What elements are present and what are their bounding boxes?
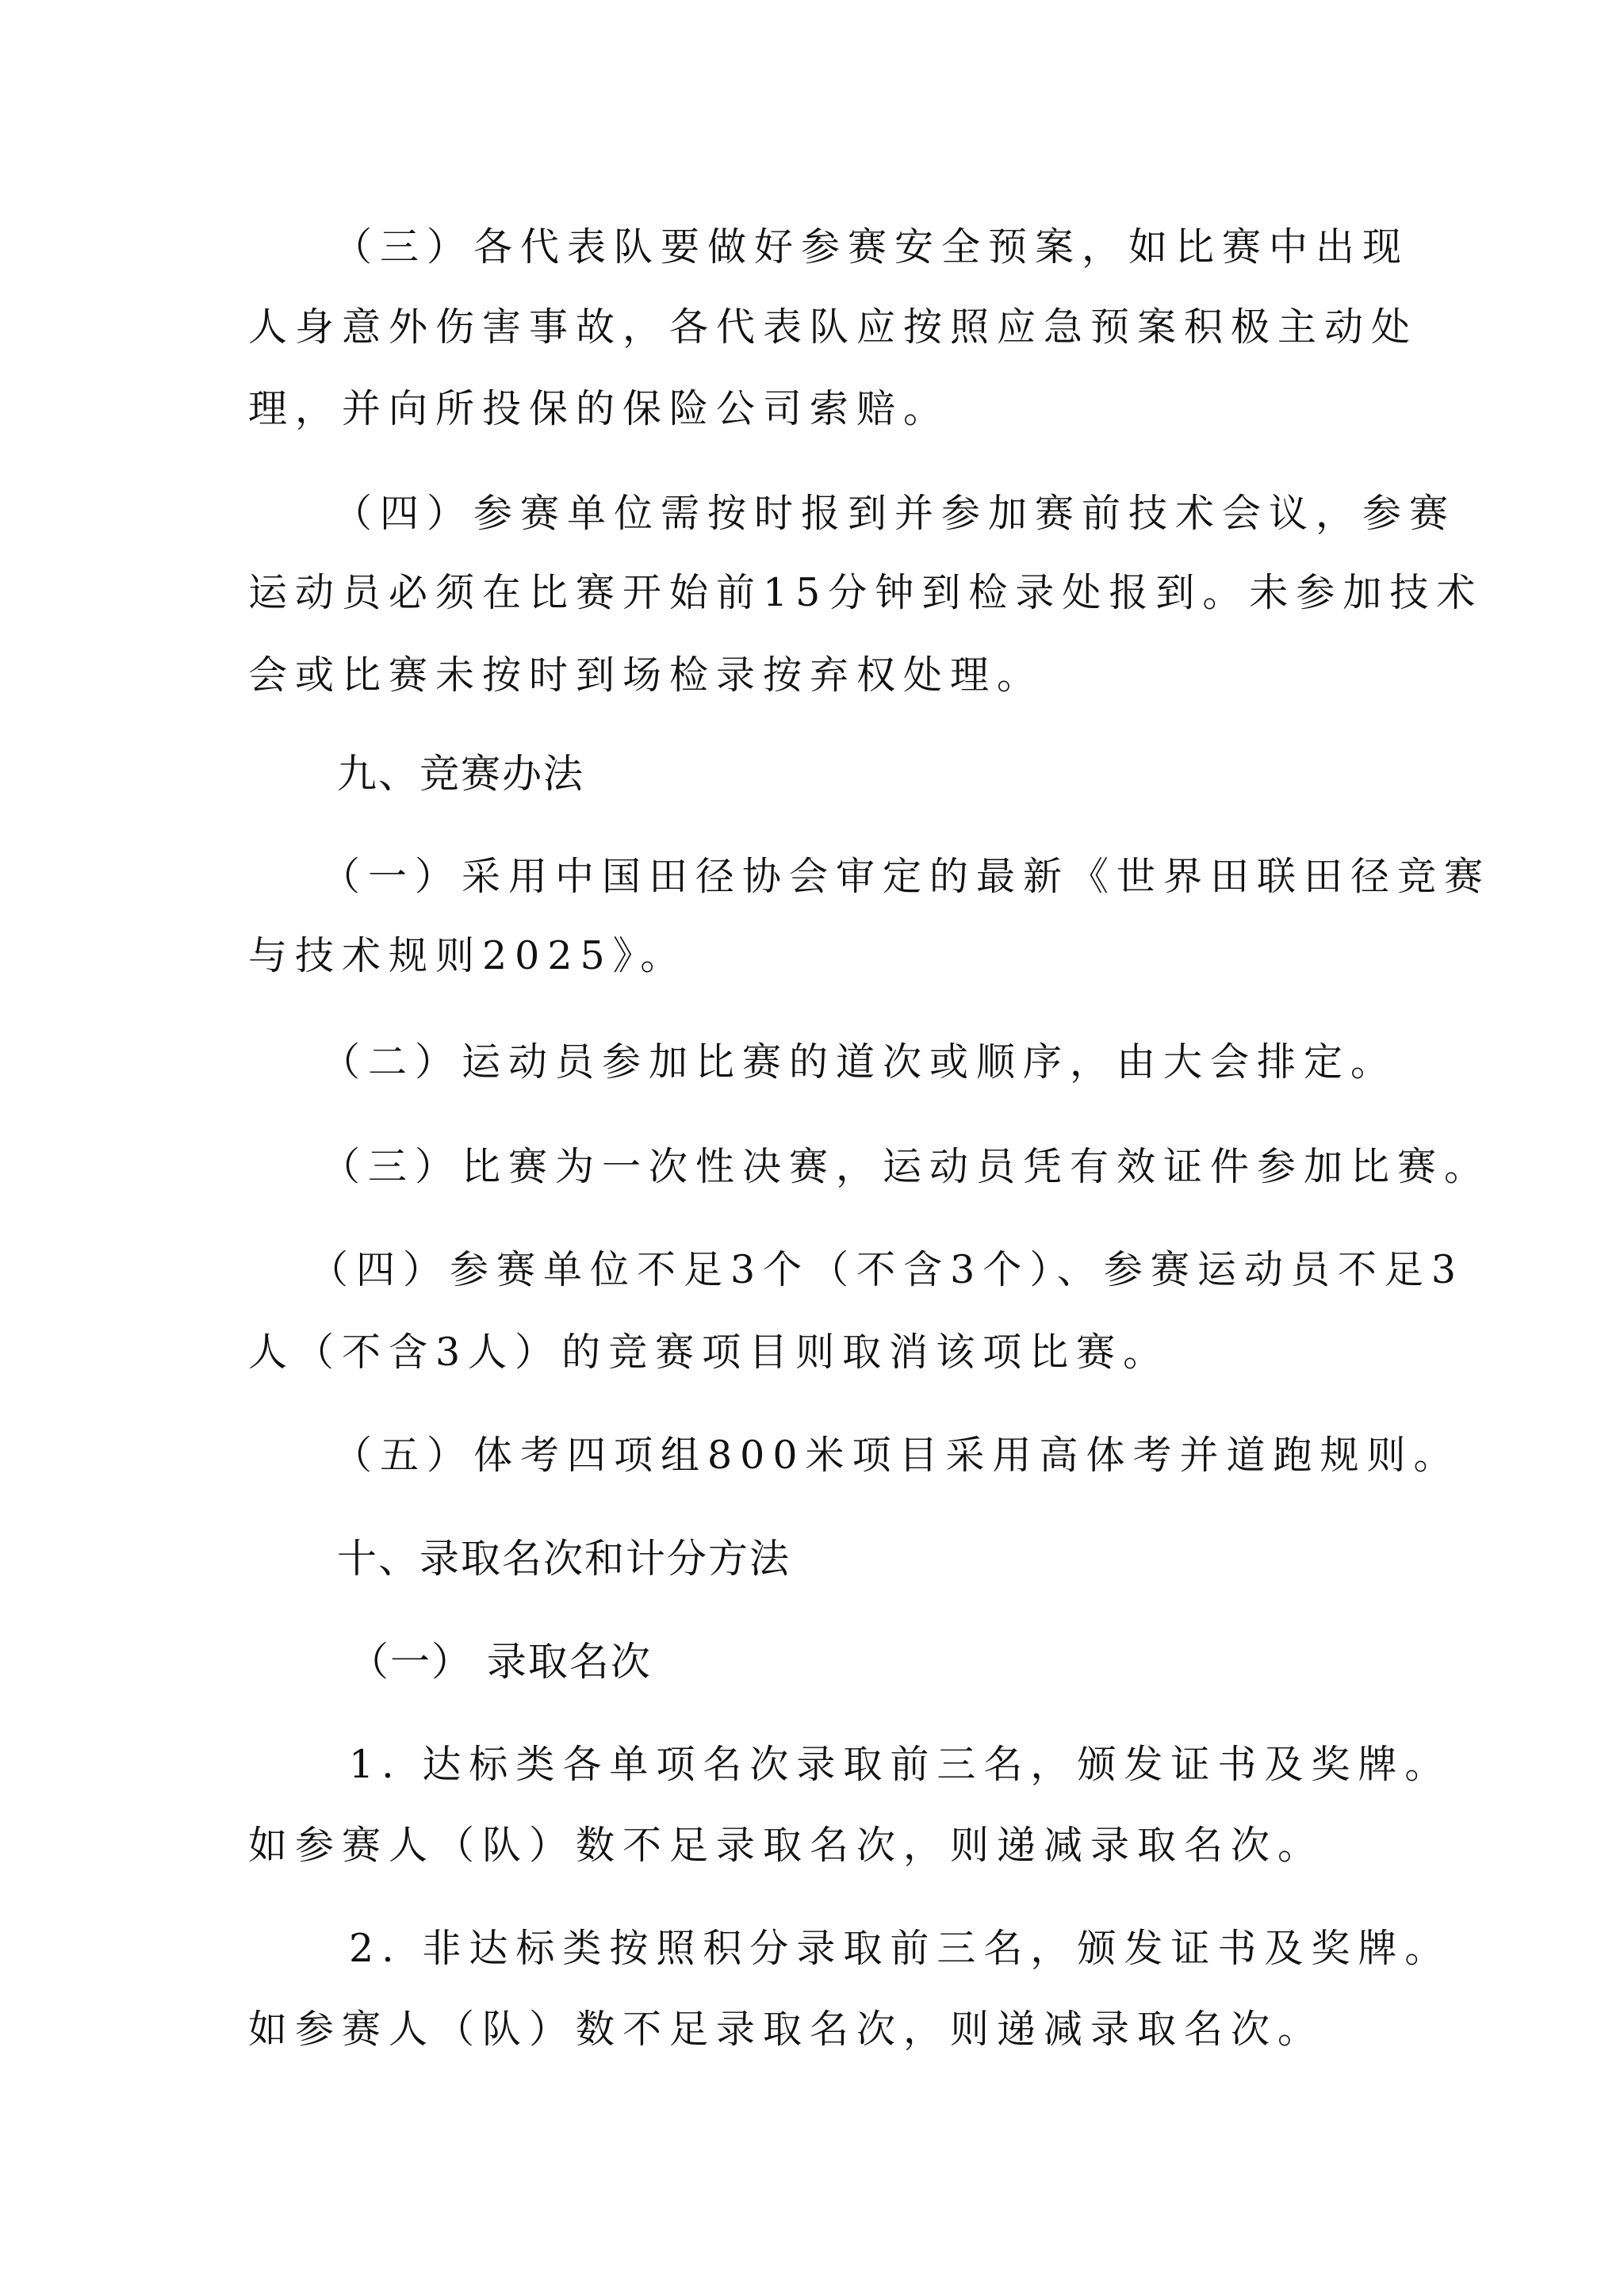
text-line: （三）各代表队要做好参赛安全预案，如比赛中出现 [333,224,1467,271]
section-heading-10: 十、录取名次和计分方法 [337,1535,1471,1582]
paragraph-9-3: （三）比赛为一次性决赛，运动员凭有效证件参加比赛。 [321,1143,1455,1191]
paragraph-9-2: （二）运动员参加比赛的道次或顺序，由大会排定。 [321,1039,1455,1086]
text-line: 人身意外伤害事故，各代表队应按照应急预案积极主动处 [248,304,1382,351]
text-line: 2. 非达标类按照积分录取前三名，颁发证书及奖牌。 [349,1925,1483,1973]
text-line: （四）参赛单位不足3个（不含3个）、参赛运动员不足3 [309,1246,1443,1294]
text-line: （一）采用中国田径协会审定的最新《世界田联田径竞赛 [321,853,1455,901]
text-line: 如参赛人（队）数不足录取名次，则递减录取名次。 [248,1822,1382,1869]
text-line: 会或比赛未按时到场检录按弃权处理。 [248,652,1382,699]
text-line: 人（不含3人）的竞赛项目则取消该项比赛。 [248,1329,1382,1376]
text-line: 1. 达标类各单项名次录取前三名，颁发证书及奖牌。 [349,1741,1483,1789]
text-line: 如参赛人（队）数不足录取名次，则递减录取名次。 [248,2006,1382,2053]
paragraph-9-5: （五）体考四项组800米项目采用高体考并道跑规则。 [333,1432,1467,1479]
text-line: 理，并向所投保的保险公司索赔。 [248,385,1382,433]
text-line: 与技术规则2025》。 [248,932,1382,980]
document-page: （三）各代表队要做好参赛安全预案，如比赛中出现 人身意外伤害事故，各代表队应按照… [0,0,1624,2296]
subsection-heading-10-1: （一） 录取名次 [349,1638,1483,1686]
text-line: （四）参赛单位需按时报到并参加赛前技术会议，参赛 [333,490,1467,538]
section-heading-9: 九、竞赛办法 [337,750,1471,798]
text-line: 运动员必须在比赛开始前15分钟到检录处报到。未参加技术 [248,569,1382,617]
